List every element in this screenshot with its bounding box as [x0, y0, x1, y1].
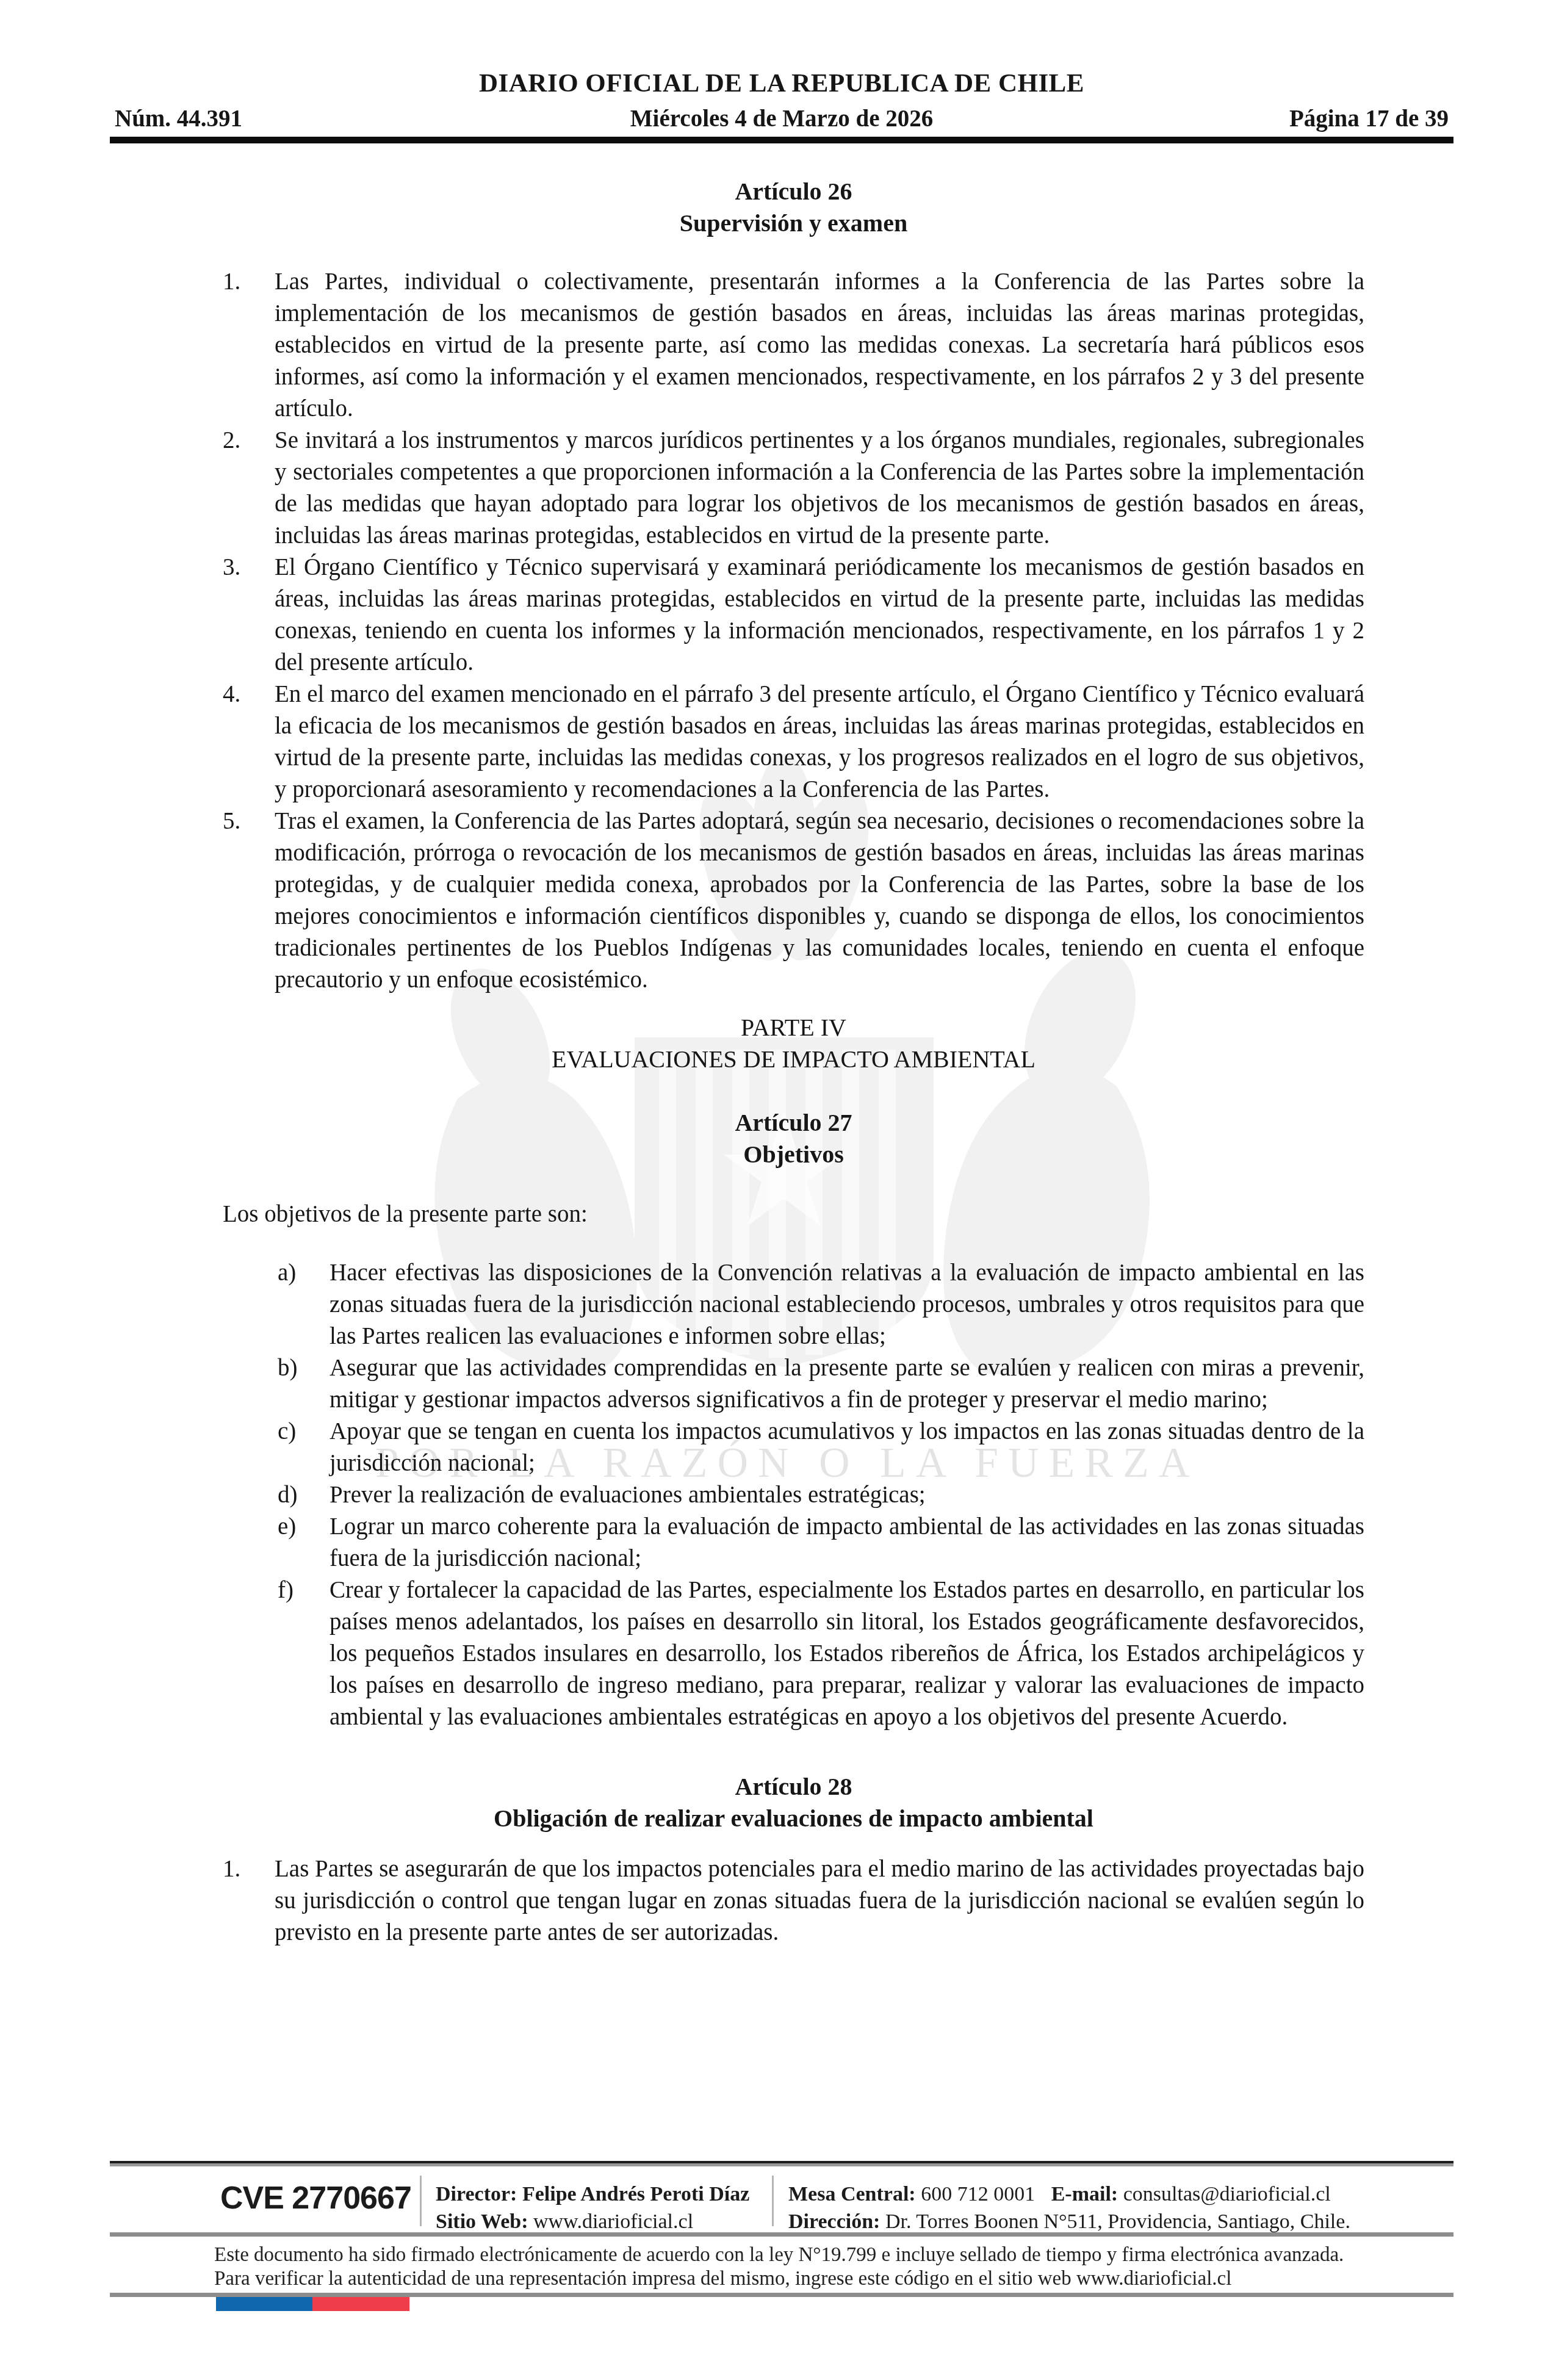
list-item: a) Hacer efectivas las disposiciones de … [278, 1257, 1364, 1352]
item-text: Las Partes, individual o colectivamente,… [275, 266, 1364, 425]
phone-value: 600 712 0001 [921, 2183, 1035, 2205]
footer-director-column: Director: Felipe Andrés Peroti Díaz Siti… [436, 2180, 749, 2235]
article-28-heading: Artículo 28 Obligación de realizar evalu… [223, 1771, 1364, 1834]
item-text: El Órgano Científico y Técnico supervisa… [275, 552, 1364, 679]
list-item: c) Apoyar que se tengan en cuenta los im… [278, 1416, 1364, 1479]
gobierno-de-chile-flag-icon [216, 2297, 409, 2311]
article-26-subtitle: Supervisión y examen [223, 207, 1364, 239]
list-item: 5. Tras el examen, la Conferencia de las… [223, 806, 1364, 996]
article-28-title: Artículo 28 [223, 1771, 1364, 1803]
article-27-heading: Artículo 27 Objetivos [223, 1107, 1364, 1170]
footer-bottom-rule [110, 2293, 1453, 2297]
cve-code: CVE 2770667 [220, 2180, 411, 2216]
director-label: Director: [436, 2183, 517, 2205]
phone-email-line: Mesa Central: 600 712 0001 E-mail: consu… [788, 2180, 1350, 2208]
list-item: 4. En el marco del examen mencionado en … [223, 679, 1364, 806]
list-item: 1. Las Partes se asegurarán de que los i… [223, 1853, 1364, 1949]
item-number: 2. [223, 425, 275, 456]
list-item: b) Asegurar que las actividades comprend… [278, 1352, 1364, 1416]
page-indicator: Página 17 de 39 [1289, 105, 1449, 132]
director-value: Felipe Andrés Peroti Díaz [522, 2183, 749, 2205]
list-item: d) Prever la realización de evaluaciones… [278, 1479, 1364, 1511]
item-letter: b) [278, 1352, 330, 1384]
newspaper-title: DIARIO OFICIAL DE LA REPUBLICA DE CHILE [110, 68, 1453, 98]
list-item: 3. El Órgano Científico y Técnico superv… [223, 552, 1364, 679]
article-26-paragraphs: 1. Las Partes, individual o colectivamen… [223, 266, 1364, 996]
footer-separator [772, 2176, 774, 2226]
footer-contact-column: Mesa Central: 600 712 0001 E-mail: consu… [788, 2180, 1350, 2235]
article-27-subtitle: Objetivos [223, 1139, 1364, 1170]
website-value: www.diarioficial.cl [533, 2210, 693, 2233]
list-item: e) Lograr un marco coherente para la eva… [278, 1511, 1364, 1574]
article-28-subtitle: Obligación de realizar evaluaciones de i… [223, 1803, 1364, 1834]
item-text: Las Partes se asegurarán de que los impa… [275, 1853, 1364, 1949]
item-letter: e) [278, 1511, 330, 1543]
footer-separator [420, 2176, 422, 2226]
item-text: Asegurar que las actividades comprendida… [330, 1352, 1364, 1416]
item-number: 3. [223, 552, 275, 583]
part-4-heading: PARTE IV EVALUACIONES DE IMPACTO AMBIENT… [223, 1012, 1364, 1075]
item-text: Hacer efectivas las disposiciones de la … [330, 1257, 1364, 1352]
item-number: 1. [223, 1853, 275, 1885]
flag-red-segment [312, 2297, 409, 2311]
document-body: Artículo 26 Supervisión y examen 1. Las … [223, 176, 1364, 1949]
item-letter: f) [278, 1574, 330, 1606]
item-text: Prever la realización de evaluaciones am… [330, 1479, 1364, 1511]
list-item: 2. Se invitará a los instrumentos y marc… [223, 425, 1364, 552]
edition-date: Miércoles 4 de Marzo de 2026 [110, 105, 1453, 132]
article-28-paragraphs: 1. Las Partes se asegurarán de que los i… [223, 1853, 1364, 1949]
header-rule [110, 137, 1453, 143]
phone-label: Mesa Central: [788, 2183, 916, 2205]
item-text: Apoyar que se tengan en cuenta los impac… [330, 1416, 1364, 1479]
director-line: Director: Felipe Andrés Peroti Díaz [436, 2180, 749, 2208]
list-item: f) Crear y fortalecer la capacidad de la… [278, 1574, 1364, 1733]
address-line: Dirección: Dr. Torres Boonen N°511, Prov… [788, 2208, 1350, 2235]
address-label: Dirección: [788, 2210, 880, 2233]
website-line: Sitio Web: www.diarioficial.cl [436, 2208, 749, 2235]
signature-disclaimer: Este documento ha sido firmado electróni… [214, 2243, 1369, 2291]
article-27-title: Artículo 27 [223, 1107, 1364, 1139]
item-text: Lograr un marco coherente para la evalua… [330, 1511, 1364, 1574]
footer-gray-rule [110, 2232, 1453, 2237]
item-letter: c) [278, 1416, 330, 1448]
item-text: Crear y fortalecer la capacidad de las P… [330, 1574, 1364, 1733]
item-letter: d) [278, 1479, 330, 1511]
part-4-subtitle: EVALUACIONES DE IMPACTO AMBIENTAL [223, 1044, 1364, 1075]
item-number: 5. [223, 806, 275, 837]
item-letter: a) [278, 1257, 330, 1289]
article-27-intro: Los objetivos de la presente parte son: [223, 1199, 1364, 1230]
article-27-objectives: a) Hacer efectivas las disposiciones de … [278, 1257, 1364, 1733]
email-label: E-mail: [1051, 2183, 1118, 2205]
part-4-title: PARTE IV [223, 1012, 1364, 1044]
website-label: Sitio Web: [436, 2210, 528, 2233]
email-value: consultas@diarioficial.cl [1123, 2183, 1331, 2205]
item-number: 1. [223, 266, 275, 298]
gazette-page: POR LA RAZÓN O LA FUERZA DIARIO OFICIAL … [0, 0, 1556, 2380]
article-26-title: Artículo 26 [223, 176, 1364, 207]
item-text: Tras el examen, la Conferencia de las Pa… [275, 806, 1364, 996]
item-number: 4. [223, 679, 275, 710]
flag-blue-segment [216, 2297, 312, 2311]
address-value: Dr. Torres Boonen N°511, Providencia, Sa… [885, 2210, 1350, 2233]
item-text: Se invitará a los instrumentos y marcos … [275, 425, 1364, 552]
item-text: En el marco del examen mencionado en el … [275, 679, 1364, 806]
list-item: 1. Las Partes, individual o colectivamen… [223, 266, 1364, 425]
footer-top-rule [110, 2161, 1453, 2166]
